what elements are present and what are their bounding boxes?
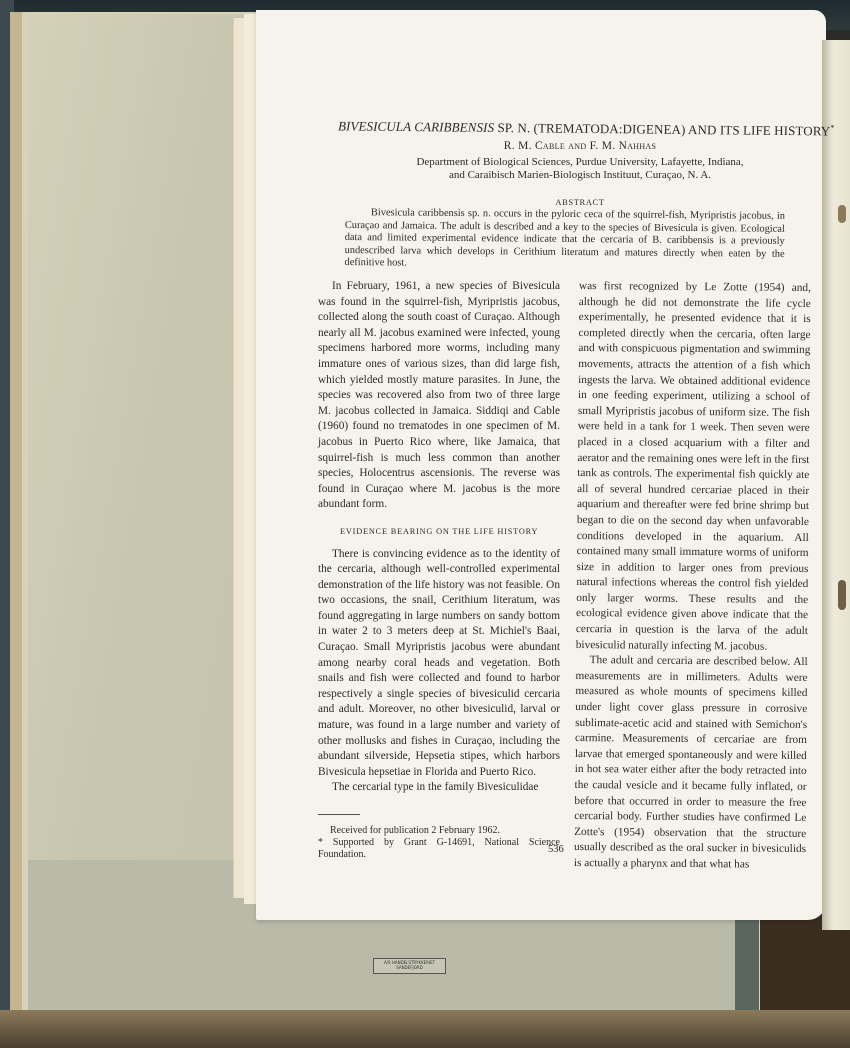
affiliation: Department of Biological Sciences, Purdu… <box>330 156 830 182</box>
left-column: In February, 1961, a new species of Bive… <box>318 279 560 860</box>
paragraph: was first recognized by Le Zotte (1954) … <box>576 279 811 655</box>
abstract-text: Bivesicula caribbensis sp. n. occurs in … <box>344 207 785 274</box>
section-heading: EVIDENCE BEARING ON THE LIFE HISTORY <box>318 524 560 540</box>
paragraph: The cercarial type in the family Bivesic… <box>318 780 560 796</box>
binder-stamp: A/S HANDELSTRYKKERIET SANDEFJORD <box>373 958 446 974</box>
title-species-name: BIVESICULA CARIBBENSIS <box>338 118 494 135</box>
page-content: BIVESICULA CARIBBENSIS SP. N. (TREMATODA… <box>0 0 850 1048</box>
right-column: was first recognized by Le Zotte (1954) … <box>574 279 811 874</box>
footnote-divider <box>318 814 360 815</box>
authors: R. M. Cable and F. M. Nahhas <box>330 140 830 152</box>
affiliation-line-1: Department of Biological Sciences, Purdu… <box>330 156 830 169</box>
affiliation-line-2: and Caraibisch Marien-Biologisch Institu… <box>330 169 830 182</box>
abstract-heading: ABSTRACT <box>330 197 830 207</box>
footnote-received: Received for publication 2 February 1962… <box>318 825 560 837</box>
footnotes: Received for publication 2 February 1962… <box>318 825 560 860</box>
paragraph: The adult and cercaria are described bel… <box>574 653 808 873</box>
title-rest: SP. N. (TREMATODA:DIGENEA) AND ITS LIFE … <box>494 120 830 139</box>
footnote-support: * Supported by Grant G-14691, National S… <box>318 837 560 861</box>
page-number: 536 <box>548 844 564 855</box>
stamp-line-2: SANDEFJORD <box>374 965 445 970</box>
paragraph: There is convincing evidence as to the i… <box>318 547 560 781</box>
article-title: BIVESICULA CARIBBENSIS SP. N. (TREMATODA… <box>338 118 850 140</box>
paragraph: In February, 1961, a new species of Bive… <box>318 279 560 513</box>
title-footnote-mark: * <box>830 123 834 132</box>
